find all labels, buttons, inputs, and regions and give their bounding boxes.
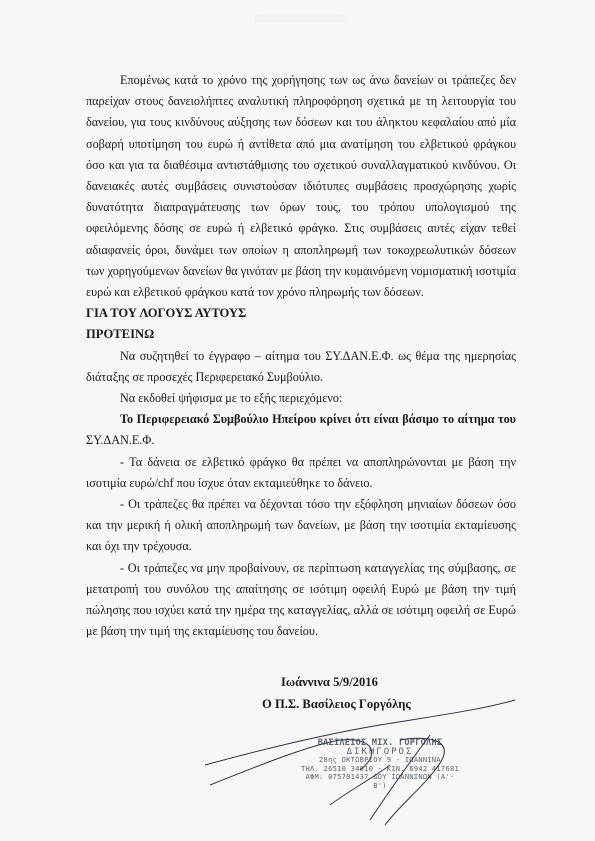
bleed-through-header [255, 14, 345, 22]
point-1: - Τα δάνεια σε ελβετικό φράγκο θα πρέπει… [86, 452, 516, 494]
heading-for-these-reasons: ΓΙΑ ΤΟΥ ΛΟΓΟΥΣ ΑΥΤΟΥΣ [86, 303, 516, 324]
resolution-statement: Το Περιφερειακό Συμβούλιο Ηπείρου κρίνει… [86, 409, 516, 451]
resolution-bold: Το Περιφερειακό Συμβούλιο Ηπείρου κρίνει… [120, 412, 516, 426]
place-date: Ιωάννινα 5/9/2016 [281, 675, 378, 690]
proposal-resolution: Να εκδοθεί ψήφισμα με το εξής περιεχόμεν… [86, 388, 516, 409]
paragraph-loans-disclosure: Επομένως κατά το χρόνο της χορήγησης των… [86, 70, 516, 303]
handwritten-signature [200, 695, 520, 835]
proposal-discuss: Να συζητηθεί το έγγραφο – αίτημα του ΣΥ.… [86, 346, 516, 388]
resolution-org: ΣΥ.ΔΑΝ.Ε.Φ. [86, 433, 154, 447]
point-2: - Οι τράπεζες θα πρέπει να δέχονται τόσο… [86, 494, 516, 558]
heading-propose: ΠΡΟΤΕΙΝΩ [86, 324, 516, 345]
point-3: - Οι τράπεζες να μην προβαίνουν, σε περί… [86, 558, 516, 643]
document-body: Επομένως κατά το χρόνο της χορήγησης των… [86, 70, 516, 642]
